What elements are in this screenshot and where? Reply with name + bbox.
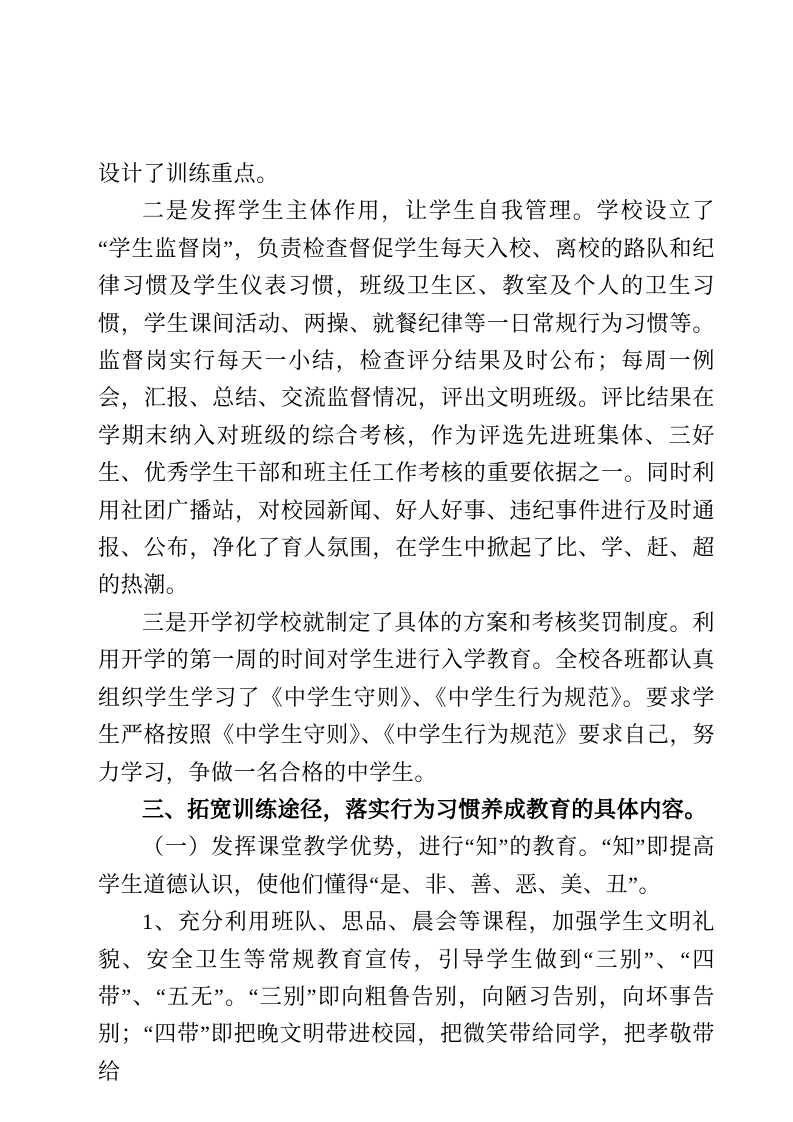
- paragraph: 设计了训练重点。: [98, 155, 715, 192]
- paragraph: 三是开学初学校就制定了具体的方案和考核奖罚制度。利用开学的第一周的时间对学生进行…: [98, 604, 715, 791]
- paragraph: 三、拓宽训练途径，落实行为习惯养成教育的具体内容。: [98, 791, 715, 828]
- paragraph: 1、充分利用班队、思品、晨会等课程，加强学生文明礼貌、安全卫生等常规教育宣传，引…: [98, 903, 715, 1090]
- document-body: 设计了训练重点。二是发挥学生主体作用，让学生自我管理。学校设立了“学生监督岗”，…: [98, 155, 715, 1090]
- document-page: 设计了训练重点。二是发挥学生主体作用，让学生自我管理。学校设立了“学生监督岗”，…: [0, 0, 793, 1122]
- paragraph: （一）发挥课堂教学优势，进行“知”的教育。“知”即提高学生道德认识，使他们懂得“…: [98, 828, 715, 903]
- paragraph: 二是发挥学生主体作用，让学生自我管理。学校设立了“学生监督岗”，负责检查督促学生…: [98, 192, 715, 603]
